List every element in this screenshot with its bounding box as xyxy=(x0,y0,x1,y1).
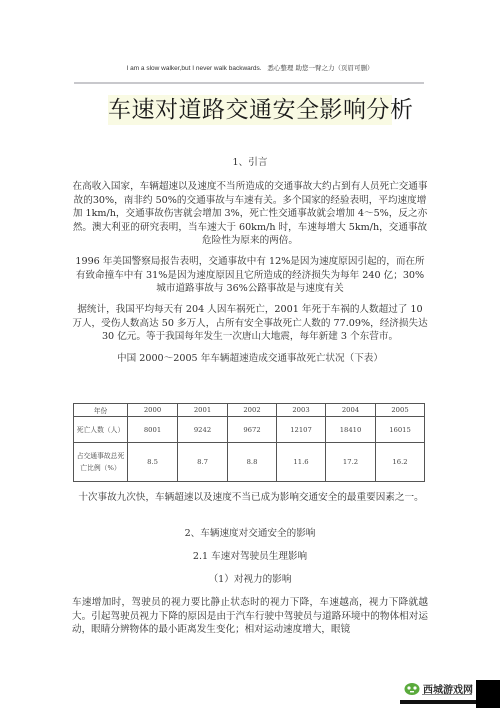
section-heading-intro: 1、引言 xyxy=(72,156,428,169)
table-caption: 中国 2000～2005 年车辆超速造成交通事故死亡状况（下表） xyxy=(72,352,428,365)
watermark-block xyxy=(476,680,500,708)
watermark-logo: 西城游戏网 xyxy=(400,676,476,704)
table-cell: 17.2 xyxy=(326,443,376,482)
game-controller-icon xyxy=(404,681,420,695)
table-row: 占交通事故总死亡比例（%） 8.5 8.7 8.8 11.6 17.2 16.2 xyxy=(74,443,425,482)
table-cell: 9242 xyxy=(178,417,228,443)
table-cell: 18410 xyxy=(326,417,376,443)
header-note: 悉心整理 助您一臂之力（页眉可删） xyxy=(267,64,373,72)
paragraph-intro-3: 据统计，我国平均每天有 204 人因车祸死亡，2001 年死于车祸的人数超过了 … xyxy=(72,303,428,344)
watermark-subline xyxy=(422,694,472,695)
section-heading-2: 2、车辆速度对交通安全的影响 xyxy=(72,527,428,540)
fatality-table: 年份 2000 2001 2002 2003 2004 2005 死亡人数（人）… xyxy=(73,403,425,482)
table-cell: 12107 xyxy=(277,417,326,443)
table-header-cell: 2001 xyxy=(178,404,228,417)
table-row: 死亡人数（人） 8001 9242 9672 12107 18410 16015 xyxy=(74,417,425,443)
subsubsection-heading-vision: （1）对视力的影响 xyxy=(72,573,428,586)
table-header-cell: 2003 xyxy=(277,404,326,417)
paragraph-after-table: 十次事故九次快，车辆超速以及速度不当已成为影响交通安全的最重要因素之一。 xyxy=(66,491,436,505)
paragraph-intro-2: 1996 年美国警察局报告表明，交通事故中有 12%是因为速度原因引起的，而在所… xyxy=(72,255,428,296)
paragraph-vision: 车速增加时，驾驶员的视力要比静止状态时的视力下降，车速越高，视力下降就越大。引起… xyxy=(72,596,428,637)
table-cell: 16.2 xyxy=(376,443,425,482)
table-row-label: 占交通事故总死亡比例（%） xyxy=(74,443,128,482)
paragraph-intro-1: 在高收入国家，车辆超速以及速度不当所造成的交通事故大约占到有人员死亡交通事故的3… xyxy=(72,180,428,248)
table-header-cell: 2005 xyxy=(376,404,425,417)
table-cell: 16015 xyxy=(376,417,425,443)
header-motto: I am a slow walker,but I never walk back… xyxy=(126,65,261,72)
table-cell: 8001 xyxy=(128,417,178,443)
header-rule xyxy=(74,82,424,84)
subsection-heading-2-1: 2.1 车速对驾驶员生理影响 xyxy=(72,550,428,563)
table-cell: 8.7 xyxy=(178,443,228,482)
table-cell: 9672 xyxy=(228,417,277,443)
document-title: 车速对道路交通安全影响分析 xyxy=(108,95,392,125)
table-cell: 8.8 xyxy=(228,443,277,482)
table-header-cell: 2000 xyxy=(128,404,178,417)
table-cell: 11.6 xyxy=(277,443,326,482)
table-row-label: 死亡人数（人） xyxy=(74,417,128,443)
page-header: I am a slow walker,but I never walk back… xyxy=(0,63,500,72)
table-header-cell: 2004 xyxy=(326,404,376,417)
table-cell: 8.5 xyxy=(128,443,178,482)
table-header-row: 年份 2000 2001 2002 2003 2004 2005 xyxy=(74,404,425,417)
table-header-cell: 2002 xyxy=(228,404,277,417)
table-header-cell: 年份 xyxy=(74,404,128,417)
